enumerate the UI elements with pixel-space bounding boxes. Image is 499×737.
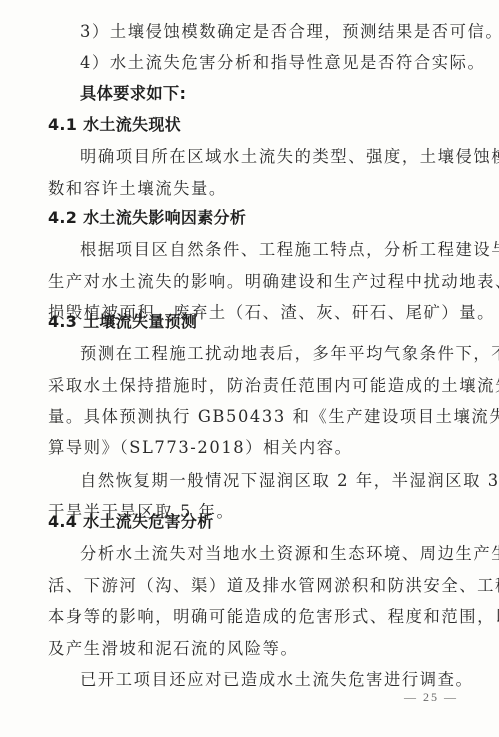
paragraph-line: 分析水土流失对当地水土资源和生态环境、周边生产生 bbox=[80, 544, 462, 564]
paragraph-line: 本身等的影响，明确可能造成的危害形式、程度和范围，以 bbox=[48, 607, 462, 627]
paragraph-line: 预测在工程施工扰动地表后，多年平均气象条件下，不 bbox=[80, 344, 462, 364]
section-heading-4-3: 4.3 土壤流失量预测 bbox=[48, 312, 462, 332]
list-item-3: 3）土壤侵蚀模数确定是否合理，预测结果是否可信。 bbox=[80, 22, 462, 42]
paragraph-line: 算导则》（SL773-2018）相关内容。 bbox=[48, 438, 462, 458]
section-heading-4-2: 4.2 水土流失影响因素分析 bbox=[48, 208, 462, 228]
paragraph-line: 已开工项目还应对已造成水土流失危害进行调查。 bbox=[80, 670, 462, 690]
section-heading-4-1: 4.1 水土流失现状 bbox=[48, 115, 462, 135]
page-number: — 25 — bbox=[404, 690, 458, 705]
paragraph-line: 生产对水土流失的影响。明确建设和生产过程中扰动地表、 bbox=[48, 272, 462, 292]
paragraph-line: 采取水土保持措施时，防治责任范围内可能造成的土壤流失 bbox=[48, 376, 462, 396]
paragraph-line: 自然恢复期一般情况下湿润区取 2 年，半湿润区取 3 年， bbox=[80, 471, 462, 491]
paragraph-line: 明确项目所在区域水土流失的类型、强度，土壤侵蚀模 bbox=[80, 147, 462, 167]
section-heading-4-4: 4.4 水土流失危害分析 bbox=[48, 512, 462, 532]
paragraph-line: 及产生滑坡和泥石流的风险等。 bbox=[48, 639, 462, 659]
paragraph-line: 活、下游河（沟、渠）道及排水管网淤积和防洪安全、工程 bbox=[48, 576, 462, 596]
requirements-intro: 具体要求如下: bbox=[80, 84, 462, 104]
paragraph-line: 根据项目区自然条件、工程施工特点，分析工程建设与 bbox=[80, 240, 462, 260]
paragraph-line: 量。具体预测执行 GB50433 和《生产建设项目土壤流失量测 bbox=[48, 407, 462, 427]
list-item-4: 4）水土流失危害分析和指导性意见是否符合实际。 bbox=[80, 53, 462, 73]
paragraph-line: 数和容许土壤流失量。 bbox=[48, 179, 462, 199]
